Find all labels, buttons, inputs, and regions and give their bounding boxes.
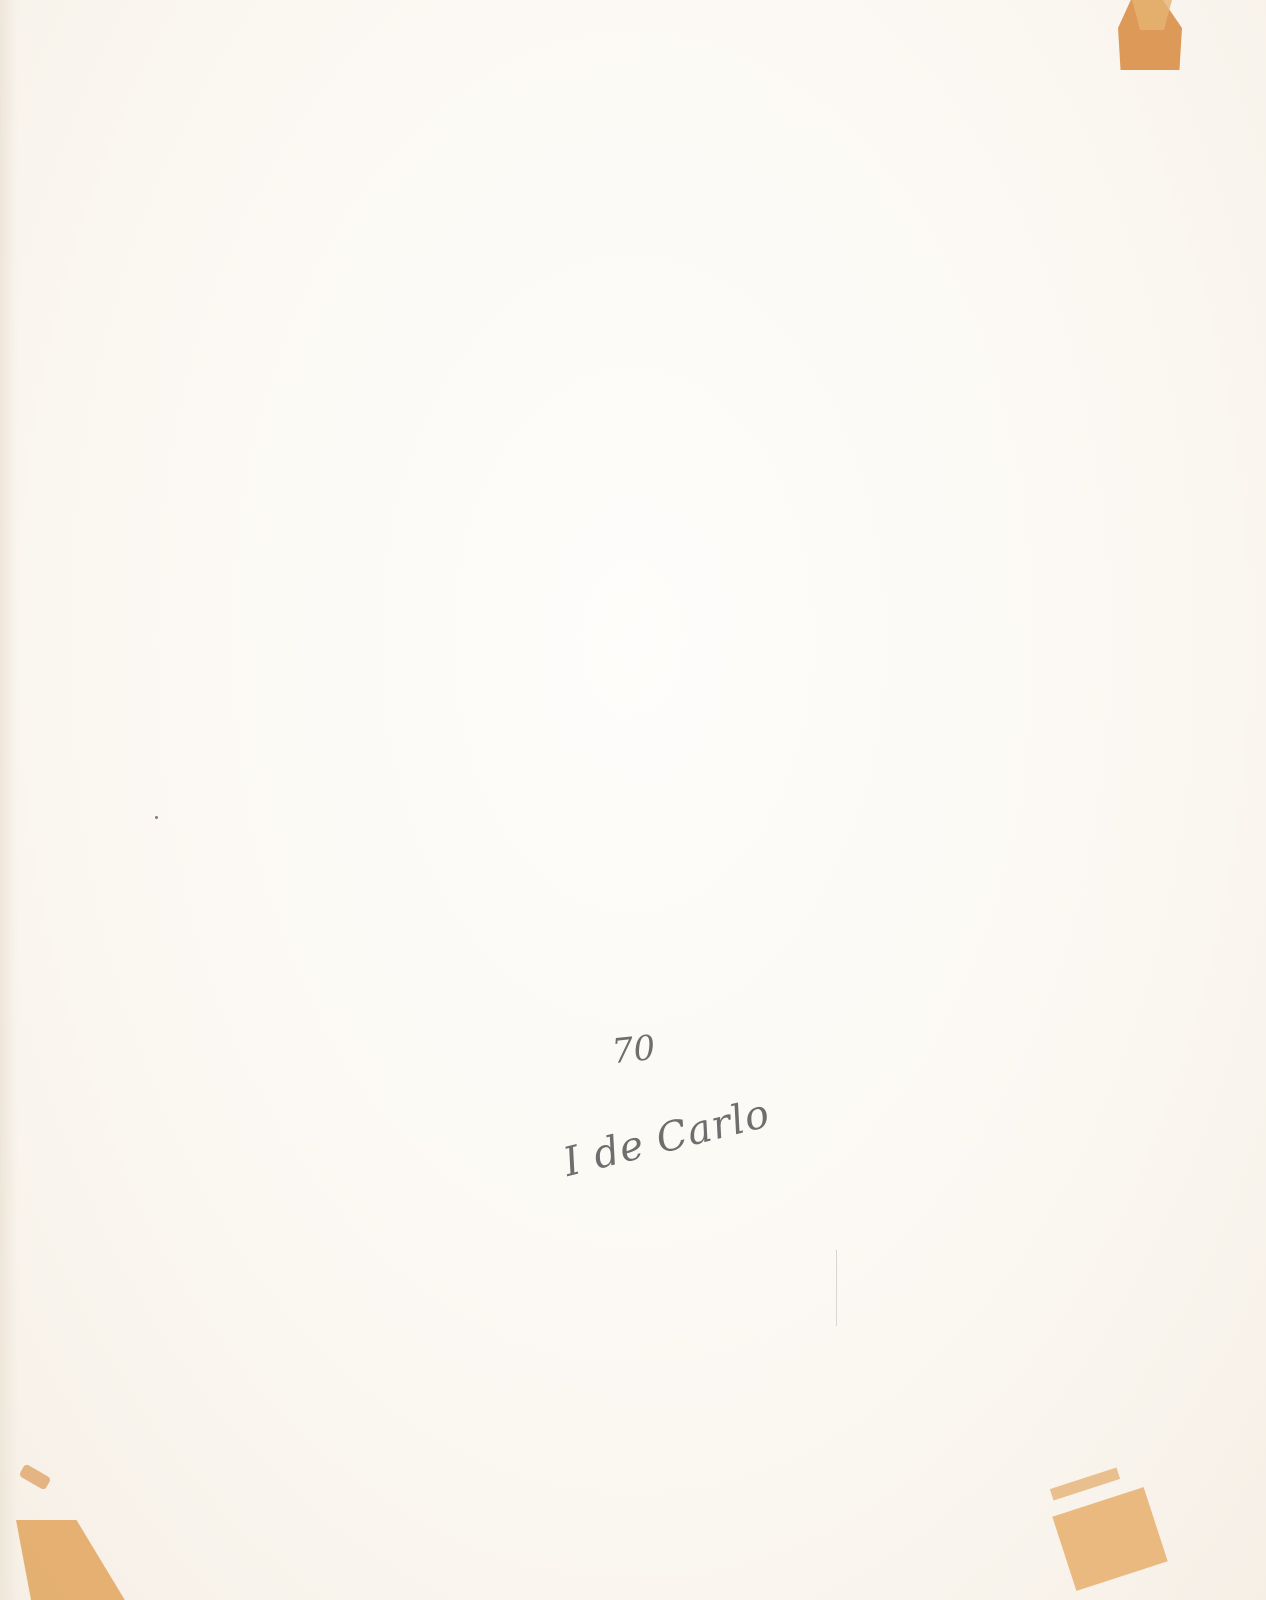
paper-speck: [155, 816, 158, 819]
photo-back-paper: [0, 0, 1266, 1600]
handwritten-number: 70: [610, 1028, 657, 1072]
paper-edge-shadow: [0, 0, 18, 1600]
faint-pencil-line: [836, 1250, 837, 1326]
